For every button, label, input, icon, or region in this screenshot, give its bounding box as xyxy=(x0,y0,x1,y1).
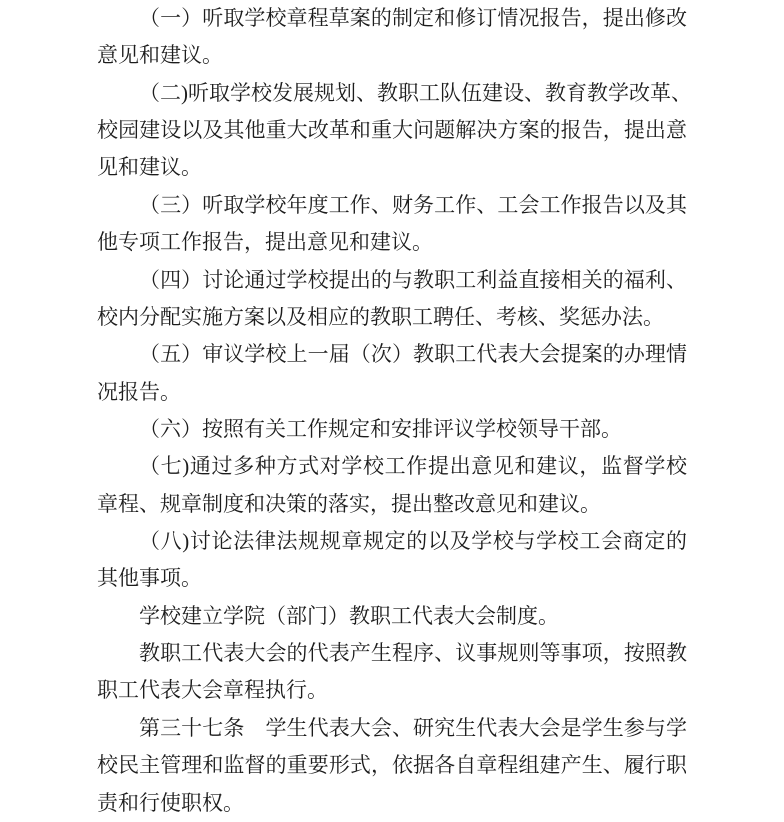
text-line: （七)通过多种方式对学校工作提出意见和建议，监督学校 xyxy=(97,448,687,485)
paragraph: （六）按照有关工作规定和安排评议学校领导干部。 xyxy=(97,411,687,448)
text-line: （一）听取学校章程草案的制定和修订情况报告，提出修改 xyxy=(97,0,687,37)
text-line: （二)听取学校发展规划、教职工队伍建设、教育教学改革、 xyxy=(97,75,687,112)
text-line: 学校建立学院（部门）教职工代表大会制度。 xyxy=(97,598,687,635)
text-line: 教职工代表大会的代表产生程序、议事规则等事项，按照教 xyxy=(97,635,687,672)
text-line: 意见和建议。 xyxy=(97,37,687,74)
text-line: 校民主管理和监督的重要形式，依据各自章程组建产生、履行职 xyxy=(97,747,687,784)
text-line: 他专项工作报告，提出意见和建议。 xyxy=(97,224,687,261)
paragraph: （五）审议学校上一届（次）教职工代表大会提案的办理情况报告。 xyxy=(97,336,687,411)
text-line: 校内分配实施方案以及相应的教职工聘任、考核、奖惩办法。 xyxy=(97,299,687,336)
paragraph: （一）听取学校章程草案的制定和修订情况报告，提出修改意见和建议。 xyxy=(97,0,687,75)
document-text-block: （一）听取学校章程草案的制定和修订情况报告，提出修改意见和建议。（二)听取学校发… xyxy=(97,0,687,822)
text-line: （五）审议学校上一届（次）教职工代表大会提案的办理情 xyxy=(97,336,687,373)
text-line: 其他事项。 xyxy=(97,560,687,597)
text-line: （四）讨论通过学校提出的与教职工利益直接相关的福利、 xyxy=(97,262,687,299)
text-line: 职工代表大会章程执行。 xyxy=(97,672,687,709)
text-line: 况报告。 xyxy=(97,374,687,411)
document-page: （一）听取学校章程草案的制定和修订情况报告，提出修改意见和建议。（二)听取学校发… xyxy=(0,0,784,822)
paragraph: （二)听取学校发展规划、教职工队伍建设、教育教学改革、校园建设以及其他重大改革和… xyxy=(97,75,687,187)
text-line: 见和建议。 xyxy=(97,149,687,186)
text-line: 章程、规章制度和决策的落实，提出整改意见和建议。 xyxy=(97,486,687,523)
paragraph: （八)讨论法律法规规章规定的以及学校与学校工会商定的其他事项。 xyxy=(97,523,687,598)
text-line: （三）听取学校年度工作、财务工作、工会工作报告以及其 xyxy=(97,187,687,224)
text-line: （八)讨论法律法规规章规定的以及学校与学校工会商定的 xyxy=(97,523,687,560)
text-line: （六）按照有关工作规定和安排评议学校领导干部。 xyxy=(97,411,687,448)
text-line: 责和行使职权。 xyxy=(97,785,687,822)
text-line: 校园建设以及其他重大改革和重大问题解决方案的报告，提出意 xyxy=(97,112,687,149)
paragraph: （三）听取学校年度工作、财务工作、工会工作报告以及其他专项工作报告，提出意见和建… xyxy=(97,187,687,262)
paragraph: 学校建立学院（部门）教职工代表大会制度。 xyxy=(97,598,687,635)
paragraph: （四）讨论通过学校提出的与教职工利益直接相关的福利、校内分配实施方案以及相应的教… xyxy=(97,262,687,337)
text-line: 第三十七条 学生代表大会、研究生代表大会是学生参与学 xyxy=(97,710,687,747)
paragraph: 第三十七条 学生代表大会、研究生代表大会是学生参与学校民主管理和监督的重要形式，… xyxy=(97,710,687,822)
paragraph: （七)通过多种方式对学校工作提出意见和建议，监督学校章程、规章制度和决策的落实，… xyxy=(97,448,687,523)
paragraph: 教职工代表大会的代表产生程序、议事规则等事项，按照教职工代表大会章程执行。 xyxy=(97,635,687,710)
